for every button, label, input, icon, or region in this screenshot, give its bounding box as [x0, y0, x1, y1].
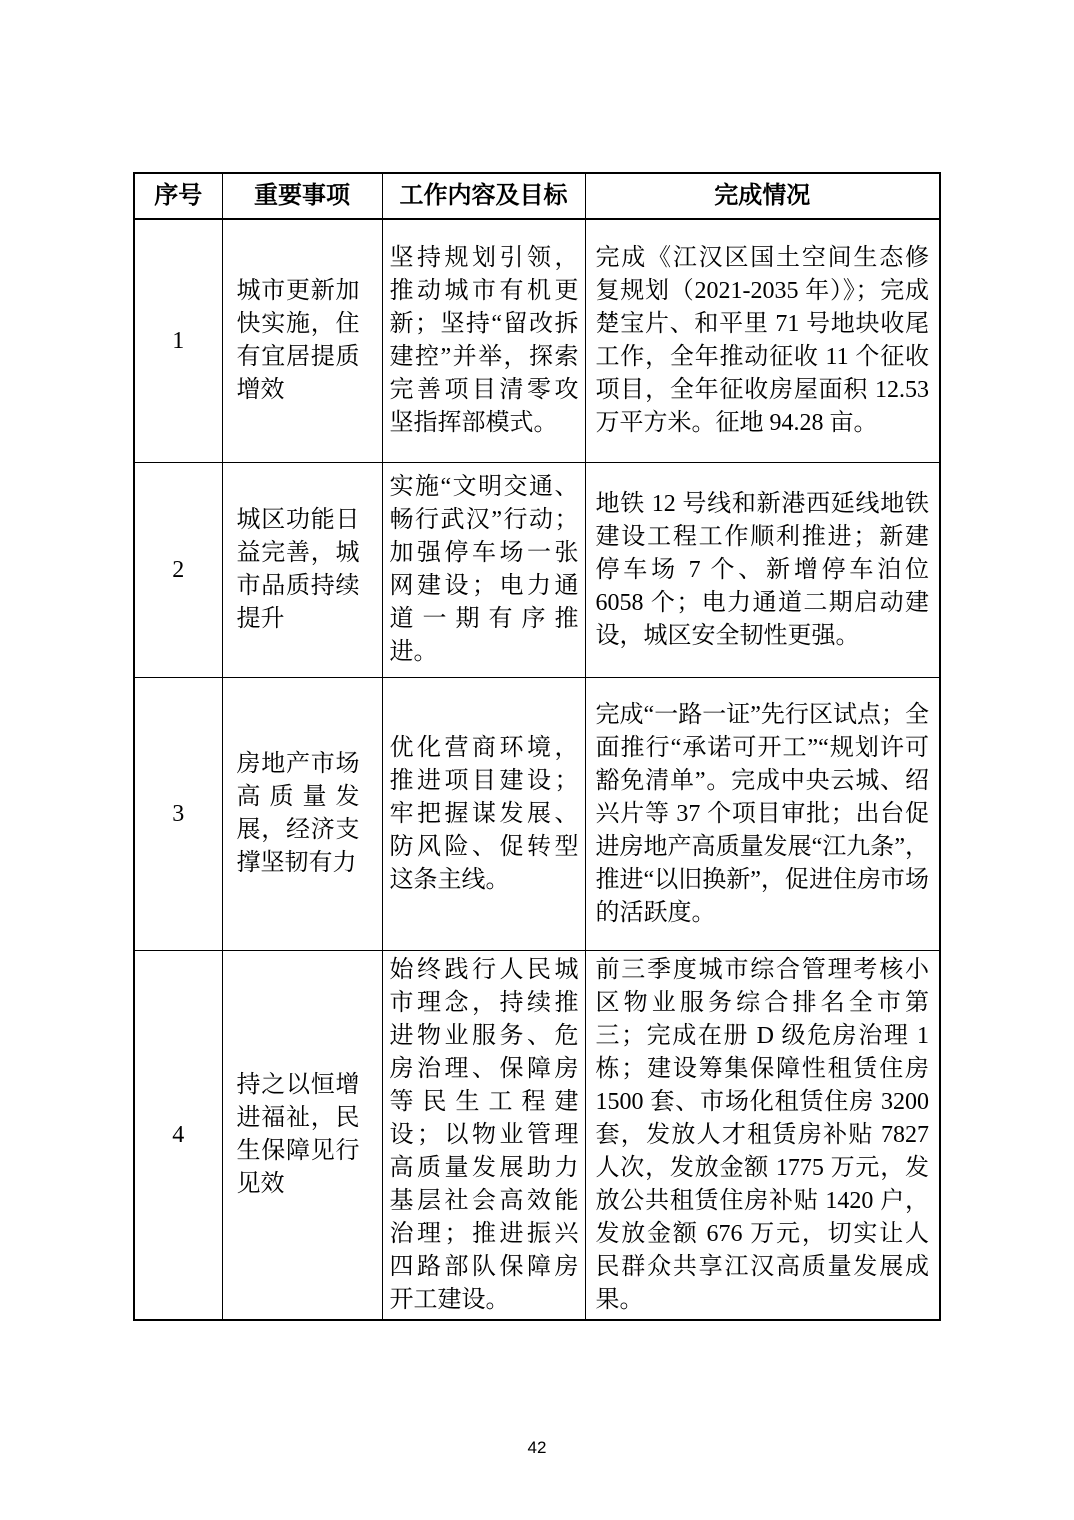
serial-cell: 3 [134, 678, 222, 951]
header-serial-number: 序号 [134, 173, 222, 219]
content-cell: 坚持规划引领，推动城市有机更新；坚持“留改拆建控”并举，探索完善项目清零攻坚指挥… [382, 219, 585, 463]
table-row: 4 持之以恒增进福祉，民生保障见行见效 始终践行人民城市理念，持续推进物业服务、… [134, 951, 940, 1321]
header-important-item: 重要事项 [222, 173, 382, 219]
table-header-row: 序号 重要事项 工作内容及目标 完成情况 [134, 173, 940, 219]
status-cell: 前三季度城市综合管理考核小区物业服务综合排名全市第三；完成在册 D 级危房治理 … [585, 951, 940, 1321]
content-cell: 实施“文明交通、畅行武汉”行动；加强停车场一张网建设；电力通道一期有序推进。 [382, 463, 585, 678]
item-cell: 持之以恒增进福祉，民生保障见行见效 [222, 951, 382, 1321]
header-work-content-goal: 工作内容及目标 [382, 173, 585, 219]
table-row: 1 城市更新加快实施，住有宜居提质增效 坚持规划引领，推动城市有机更新；坚持“留… [134, 219, 940, 463]
work-report-table: 序号 重要事项 工作内容及目标 完成情况 1 城市更新加快实施，住有宜居提质增效… [133, 172, 941, 1321]
serial-cell: 4 [134, 951, 222, 1321]
serial-cell: 1 [134, 219, 222, 463]
status-cell: 地铁 12 号线和新港西延线地铁建设工程工作顺利推进；新建停车场 7 个、新增停… [585, 463, 940, 678]
content-cell: 始终践行人民城市理念，持续推进物业服务、危房治理、保障房等民生工程建设；以物业管… [382, 951, 585, 1321]
page-number: 42 [0, 1438, 1074, 1458]
table-row: 2 城区功能日益完善，城市品质持续提升 实施“文明交通、畅行武汉”行动；加强停车… [134, 463, 940, 678]
document-page: 序号 重要事项 工作内容及目标 完成情况 1 城市更新加快实施，住有宜居提质增效… [0, 0, 1074, 1520]
status-cell: 完成“一路一证”先行区试点；全面推行“承诺可开工”“规划许可豁免清单”。完成中央… [585, 678, 940, 951]
item-cell: 房地产市场高质量发展，经济支撑坚韧有力 [222, 678, 382, 951]
table-row: 3 房地产市场高质量发展，经济支撑坚韧有力 优化营商环境，推进项目建设；牢把握谋… [134, 678, 940, 951]
header-completion-status: 完成情况 [585, 173, 940, 219]
content-cell: 优化营商环境，推进项目建设；牢把握谋发展、防风险、促转型这条主线。 [382, 678, 585, 951]
item-cell: 城市更新加快实施，住有宜居提质增效 [222, 219, 382, 463]
serial-cell: 2 [134, 463, 222, 678]
item-cell: 城区功能日益完善，城市品质持续提升 [222, 463, 382, 678]
status-cell: 完成《江汉区国土空间生态修复规划（2021-2035 年）》；完成楚宝片、和平里… [585, 219, 940, 463]
